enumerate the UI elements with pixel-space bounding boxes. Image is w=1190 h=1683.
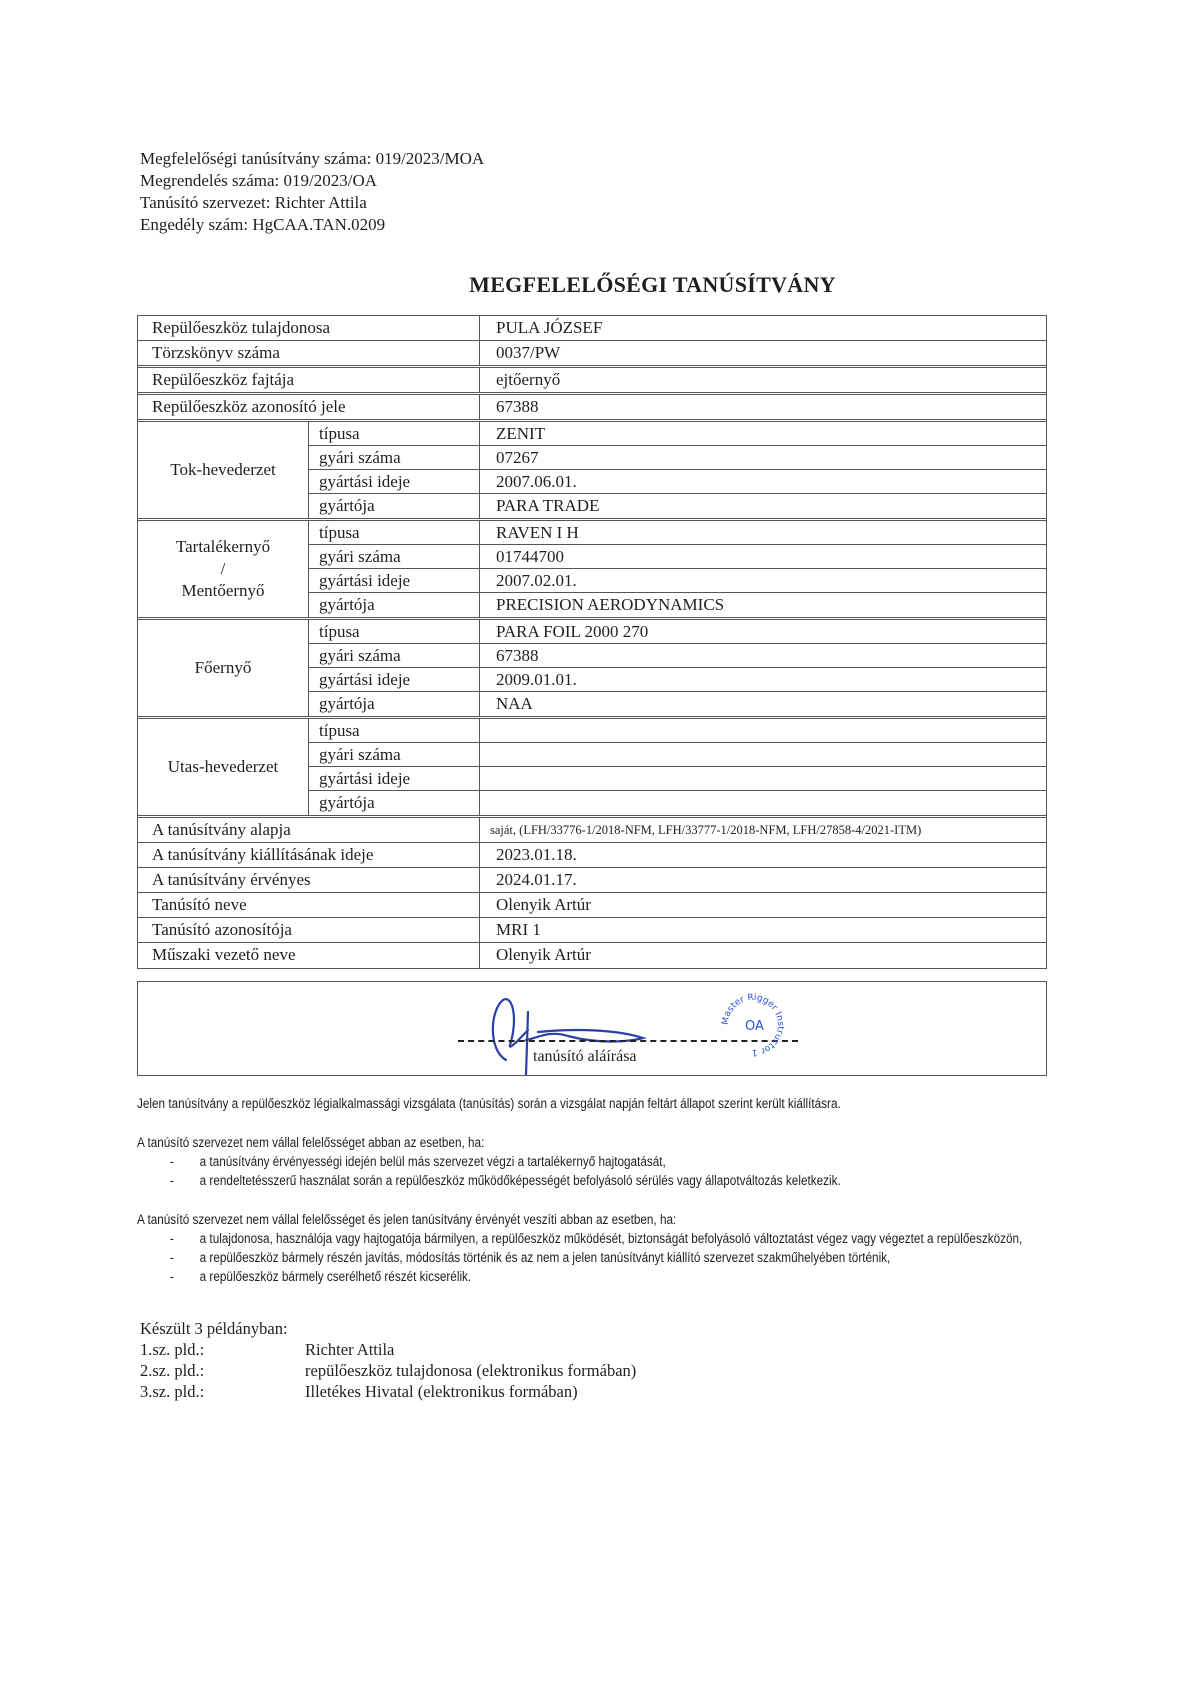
copy-key: 1.sz. pld.:: [140, 1339, 305, 1360]
subrow-label: gyártója: [309, 593, 480, 617]
subrow-label: gyári száma: [309, 644, 480, 667]
group-passenger-harness: Utas-hevederzet típusa gyári száma gyárt…: [138, 719, 1046, 818]
group-subrow: gyári száma07267: [309, 446, 1046, 470]
list-item-text: a repülőeszköz bármely cserélhető részét…: [189, 1267, 1076, 1286]
subrow-value: [480, 767, 1046, 790]
group-main-canopy: Főernyő típusaPARA FOIL 2000 270 gyári s…: [138, 620, 1046, 719]
liability-clause-1: A tanúsító szervezet nem vállal felelőss…: [137, 1133, 1051, 1190]
clause-intro: A tanúsító szervezet nem vállal felelőss…: [137, 1133, 1051, 1152]
license-number: Engedély szám: HgCAA.TAN.0209: [140, 214, 484, 236]
subrow-label: gyári száma: [309, 446, 480, 469]
certificate-statement: Jelen tanúsítvány a repülőeszköz légialk…: [137, 1094, 841, 1113]
subrow-value: [480, 743, 1046, 766]
group-subrow: gyártója: [309, 791, 1046, 815]
subrow-value: 2007.02.01.: [480, 569, 1046, 592]
group-name: Főernyő: [138, 620, 309, 716]
dash-bullet: -: [137, 1229, 189, 1248]
row-label: Repülőeszköz azonosító jele: [138, 395, 480, 419]
row-label: A tanúsítvány alapja: [138, 818, 480, 842]
copy-key: 3.sz. pld.:: [140, 1381, 305, 1402]
list-item: -a tulajdonosa, használója vagy hajtogat…: [137, 1229, 1077, 1248]
row-label: A tanúsítvány érvényes: [138, 868, 480, 892]
subrow-value: PARA TRADE: [480, 494, 1046, 518]
subrow-value: NAA: [480, 692, 1046, 716]
copy-item: 3.sz. pld.:Illetékes Hivatal (elektronik…: [140, 1381, 636, 1402]
group-subrow: típusaRAVEN I H: [309, 521, 1046, 545]
table-row: Műszaki vezető neve Olenyik Artúr: [138, 943, 1046, 968]
subrow-label: típusa: [309, 422, 480, 445]
row-label: Tanúsító neve: [138, 893, 480, 917]
row-value: 0037/PW: [480, 341, 1046, 365]
row-label: Tanúsító azonosítója: [138, 918, 480, 942]
row-label: Műszaki vezető neve: [138, 943, 480, 968]
table-row: Repülőeszköz tulajdonosa PULA JÓZSEF: [138, 316, 1046, 341]
row-value: MRI 1: [480, 918, 1046, 942]
copy-value: Richter Attila: [305, 1339, 394, 1360]
subrow-label: gyártója: [309, 494, 480, 518]
row-value: saját, (LFH/33776-1/2018-NFM, LFH/33777-…: [480, 818, 1046, 842]
group-subrow: gyártójaPRECISION AERODYNAMICS: [309, 593, 1046, 617]
group-subrow: gyártási ideje2007.02.01.: [309, 569, 1046, 593]
copy-key: 2.sz. pld.:: [140, 1360, 305, 1381]
group-subrow: gyári száma01744700: [309, 545, 1046, 569]
subrow-value: 2009.01.01.: [480, 668, 1046, 691]
list-item-text: a repülőeszköz bármely részén javítás, m…: [189, 1248, 1076, 1267]
row-label: Törzskönyv száma: [138, 341, 480, 365]
group-subrow: típusaZENIT: [309, 422, 1046, 446]
group-subrow: gyártási ideje2009.01.01.: [309, 668, 1046, 692]
table-row: Tanúsító azonosítója MRI 1: [138, 918, 1046, 943]
group-name: Utas-hevederzet: [138, 719, 309, 815]
group-subrow: gyári száma67388: [309, 644, 1046, 668]
subrow-label: gyári száma: [309, 743, 480, 766]
subrow-label: gyári száma: [309, 545, 480, 568]
group-subrow: gyártójaNAA: [309, 692, 1046, 716]
list-item: -a rendeltetésszerű használat során a re…: [137, 1171, 1051, 1190]
certificate-header: Megfelelőségi tanúsítvány száma: 019/202…: [140, 148, 484, 236]
dash-bullet: -: [137, 1152, 189, 1171]
liability-clause-2: A tanúsító szervezet nem vállal felelőss…: [137, 1210, 1077, 1286]
table-row: Repülőeszköz azonosító jele 67388: [138, 395, 1046, 422]
row-value: Olenyik Artúr: [480, 943, 1046, 968]
certifying-organization: Tanúsító szervezet: Richter Attila: [140, 192, 484, 214]
row-value: ejtőernyő: [480, 368, 1046, 392]
table-row: A tanúsítvány alapja saját, (LFH/33776-1…: [138, 818, 1046, 843]
group-subrow: típusa: [309, 719, 1046, 743]
list-item: -a repülőeszköz bármely részén javítás, …: [137, 1248, 1077, 1267]
copy-item: 2.sz. pld.:repülőeszköz tulajdonosa (ele…: [140, 1360, 636, 1381]
subrow-value: 01744700: [480, 545, 1046, 568]
group-subrow: típusaPARA FOIL 2000 270: [309, 620, 1046, 644]
subrow-label: gyártási ideje: [309, 569, 480, 592]
row-label: A tanúsítvány kiállításának ideje: [138, 843, 480, 867]
order-number: Megrendelés száma: 019/2023/OA: [140, 170, 484, 192]
row-value: 2023.01.18.: [480, 843, 1046, 867]
group-name-line: Mentőernyő: [176, 580, 270, 602]
group-harness-container: Tok-hevederzet típusaZENIT gyári száma07…: [138, 422, 1046, 521]
table-row: Törzskönyv száma 0037/PW: [138, 341, 1046, 368]
group-subrow: gyártójaPARA TRADE: [309, 494, 1046, 518]
row-label: Repülőeszköz fajtája: [138, 368, 480, 392]
subrow-value: PRECISION AERODYNAMICS: [480, 593, 1046, 617]
table-row: A tanúsítvány érvényes 2024.01.17.: [138, 868, 1046, 893]
signature-box: tanúsító aláírása Master Rigger Instruct…: [137, 981, 1047, 1076]
subrow-label: típusa: [309, 719, 480, 742]
signature-label: tanúsító aláírása: [533, 1048, 637, 1066]
certificate-number: Megfelelőségi tanúsítvány száma: 019/202…: [140, 148, 484, 170]
copies-list: Készült 3 példányban: 1.sz. pld.:Richter…: [140, 1318, 636, 1402]
clause-intro: A tanúsító szervezet nem vállal felelőss…: [137, 1210, 1077, 1229]
subrow-label: gyártója: [309, 692, 480, 716]
row-value: 67388: [480, 395, 1046, 419]
subrow-label: gyártója: [309, 791, 480, 815]
list-item-text: a rendeltetésszerű használat során a rep…: [189, 1171, 1050, 1190]
group-name-line: /: [176, 558, 270, 580]
row-value: Olenyik Artúr: [480, 893, 1046, 917]
table-row: Repülőeszköz fajtája ejtőernyő: [138, 368, 1046, 395]
subrow-label: gyártási ideje: [309, 767, 480, 790]
copies-intro: Készült 3 példányban:: [140, 1318, 636, 1339]
subrow-value: ZENIT: [480, 422, 1046, 445]
list-item-text: a tanúsítvány érvényességi idején belül …: [189, 1152, 1050, 1171]
group-subrow: gyártási ideje2007.06.01.: [309, 470, 1046, 494]
subrow-label: típusa: [309, 521, 480, 544]
subrow-value: RAVEN I H: [480, 521, 1046, 544]
group-name: Tok-hevederzet: [138, 422, 309, 518]
row-label: Repülőeszköz tulajdonosa: [138, 316, 480, 340]
page-title: MEGFELELŐSÉGI TANÚSÍTVÁNY: [0, 272, 1190, 298]
copy-item: 1.sz. pld.:Richter Attila: [140, 1339, 636, 1360]
svg-text:OA: OA: [745, 1019, 764, 1034]
certificate-table: Repülőeszköz tulajdonosa PULA JÓZSEF Tör…: [137, 315, 1047, 969]
table-row: Tanúsító neve Olenyik Artúr: [138, 893, 1046, 918]
subrow-label: gyártási ideje: [309, 470, 480, 493]
subrow-label: gyártási ideje: [309, 668, 480, 691]
subrow-label: típusa: [309, 620, 480, 643]
row-value: PULA JÓZSEF: [480, 316, 1046, 340]
group-subrow: gyártási ideje: [309, 767, 1046, 791]
stamp-icon: Master Rigger Instructor 1 OA: [718, 990, 788, 1060]
subrow-value: 2007.06.01.: [480, 470, 1046, 493]
group-name-line: Tartalékernyő: [176, 536, 270, 558]
list-item: -a repülőeszköz bármely cserélhető részé…: [137, 1267, 1077, 1286]
copy-value: Illetékes Hivatal (elektronikus formában…: [305, 1381, 578, 1402]
copy-value: repülőeszköz tulajdonosa (elektronikus f…: [305, 1360, 636, 1381]
subrow-value: 07267: [480, 446, 1046, 469]
dash-bullet: -: [137, 1248, 189, 1267]
dash-bullet: -: [137, 1171, 189, 1190]
subrow-value: 67388: [480, 644, 1046, 667]
subrow-value: PARA FOIL 2000 270: [480, 620, 1046, 643]
row-value: 2024.01.17.: [480, 868, 1046, 892]
group-reserve-parachute: Tartalékernyő / Mentőernyő típusaRAVEN I…: [138, 521, 1046, 620]
dash-bullet: -: [137, 1267, 189, 1286]
group-subrow: gyári száma: [309, 743, 1046, 767]
list-item-text: a tulajdonosa, használója vagy hajtogató…: [189, 1229, 1076, 1248]
table-row: A tanúsítvány kiállításának ideje 2023.0…: [138, 843, 1046, 868]
list-item: -a tanúsítvány érvényességi idején belül…: [137, 1152, 1051, 1171]
subrow-value: [480, 719, 1046, 742]
group-name: Tartalékernyő / Mentőernyő: [138, 521, 309, 617]
subrow-value: [480, 791, 1046, 815]
